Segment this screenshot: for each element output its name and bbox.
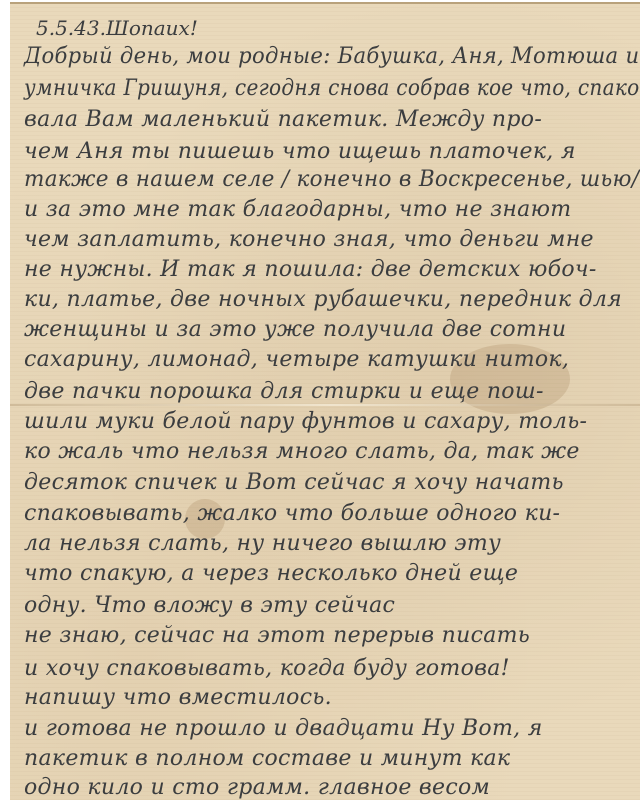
letter-line: пакетик в полном составе и минут как: [24, 746, 510, 771]
letter-date: 5.5.43.: [36, 16, 106, 40]
letter-line: не знаю, сейчас на этот перерыв писать: [24, 623, 530, 648]
letter-line: напишу что вместилось.: [24, 685, 332, 710]
letter-line: не нужны. И так я пошила: две детских юб…: [24, 257, 597, 282]
letter-line: также в нашем селе / конечно в Воскресен…: [24, 167, 639, 192]
letter-line: две пачки порошка для стирки и еще пош-: [24, 379, 544, 404]
letter-line: вала Вам маленький пакетик. Между про-: [24, 107, 542, 132]
letter-line: ла нельзя слать, ну ничего вышлю эту: [24, 531, 501, 556]
letter-line: чем Аня ты пишешь что ищешь платочек, я: [24, 139, 576, 164]
letter-line: Добрый день, мои родные: Бабушка, Аня, М…: [24, 44, 639, 69]
letter-line: одну. Что вложу в эту сейчас: [24, 593, 395, 618]
letter-line: чем заплатить, конечно зная, что деньги …: [24, 227, 594, 252]
letter-line: шили муки белой пару фунтов и сахару, то…: [24, 409, 587, 434]
letter-line: женщины и за это уже получила две сотни: [24, 317, 566, 342]
letter-line: ки, платье, две ночных рубашечки, передн…: [24, 287, 622, 312]
letter-line: что спакую, а через несколько дней еще: [24, 561, 518, 586]
letter-line: одно кило и сто грамм. главное весом: [24, 775, 490, 800]
letter-line: ко жаль что нельзя много слать, да, так …: [24, 439, 580, 464]
letter-line: десяток спичек и Вот сейчас я хочу начат…: [24, 470, 564, 495]
letter-line: спаковывать, жалко что больше одного ки-: [24, 501, 560, 526]
letter-line: сахарину, лимонад, четыре катушки ниток,: [24, 347, 569, 372]
letter-place: Шопаих!: [106, 16, 198, 40]
letter-line: и готова не прошло и двадцати Ну Вот, я: [24, 716, 543, 741]
letter-line: и за это мне так благодарны, что не знаю…: [24, 197, 571, 222]
paper-fold: [10, 404, 640, 406]
letter-page: 5.5.43. Шопаих! Добрый день, мои родные:…: [10, 2, 640, 800]
letter-line: умничка Гришуня, сегодня снова собрав ко…: [24, 76, 639, 101]
letter-line: и хочу спаковывать, когда буду готова!: [24, 656, 510, 681]
